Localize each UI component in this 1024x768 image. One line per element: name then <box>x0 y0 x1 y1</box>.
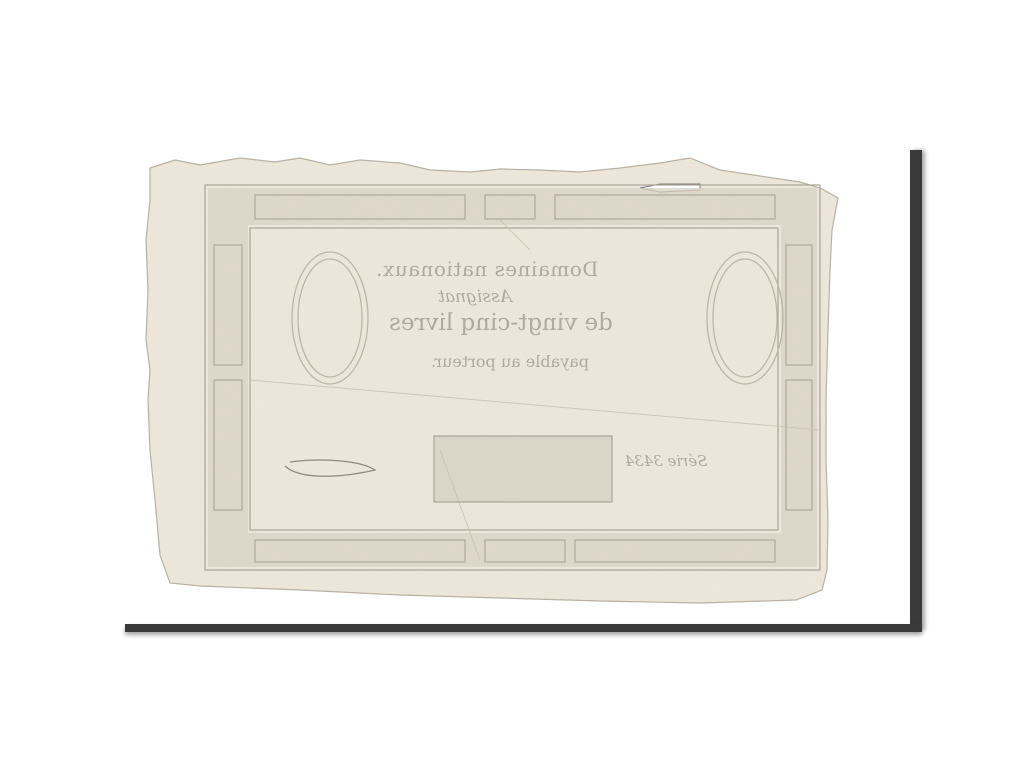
banknote-paper <box>0 0 1024 768</box>
header-text: Domaines nationaux. <box>372 257 602 281</box>
type-text: Assignat <box>420 287 530 307</box>
payable-text: payable au porteur. <box>420 352 600 371</box>
denomination-text: de vingt-cinq livres <box>376 310 626 336</box>
banknote: Domaines nationaux. Assignat de vingt-ci… <box>0 0 1024 768</box>
serie-number: Série 3434 <box>616 452 716 470</box>
